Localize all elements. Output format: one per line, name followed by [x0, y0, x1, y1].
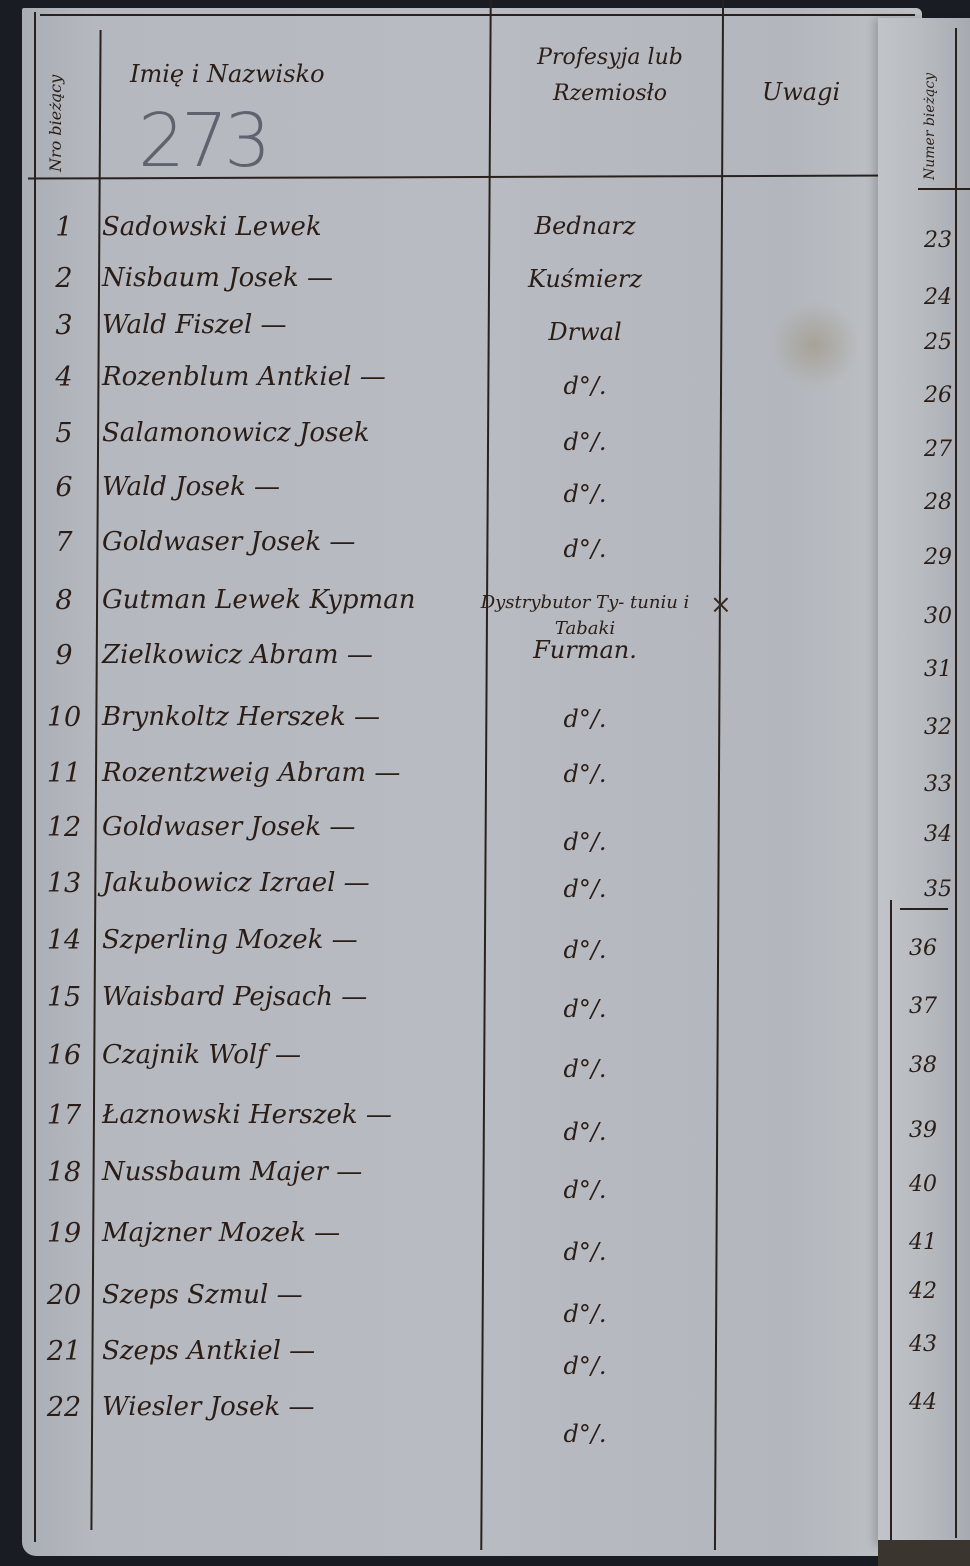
right-page-number: 37 — [895, 994, 951, 1019]
top-rule — [40, 14, 915, 16]
right-page-number: 34 — [910, 822, 966, 847]
row-profession: d°/. — [470, 1300, 700, 1328]
row-name: Szeps Antkiel — — [102, 1336, 315, 1366]
row-number: 19 — [38, 1218, 90, 1249]
left-margin-rule — [34, 12, 36, 1542]
row-number: 9 — [38, 640, 90, 671]
row-profession: d°/. — [470, 372, 700, 400]
right-page-number: 39 — [895, 1118, 951, 1143]
right-page-number: 29 — [910, 545, 966, 570]
row-profession: d°/. — [470, 535, 700, 563]
row-profession: d°/. — [470, 995, 700, 1023]
water-stain — [770, 300, 860, 390]
row-name: Wiesler Josek — — [102, 1392, 315, 1422]
strip-header-rule — [918, 188, 970, 190]
right-page-number: 23 — [910, 228, 966, 253]
row-profession: Bednarz — [470, 212, 700, 240]
row-name: Waisbard Pejsach — — [102, 982, 367, 1012]
row-number: 16 — [38, 1040, 90, 1071]
row-profession: d°/. — [470, 1420, 700, 1448]
row-number: 11 — [38, 758, 90, 789]
header-name: Imię i Nazwisko — [130, 60, 325, 88]
row-name: Wald Josek — — [102, 472, 280, 502]
right-page-number: 32 — [910, 715, 966, 740]
right-page-number: 35 — [910, 877, 966, 902]
row-number: 17 — [38, 1100, 90, 1131]
row-name: Łaznowski Herszek — — [102, 1100, 392, 1130]
row-profession: d°/. — [470, 760, 700, 788]
right-page-number: 27 — [910, 437, 966, 462]
row-name: Wald Fiszel — — [102, 310, 287, 340]
row-profession: Dystrybutor Ty- tuniu i Tabaki — [480, 590, 690, 642]
right-page-number: 33 — [910, 772, 966, 797]
row-profession: d°/. — [470, 480, 700, 508]
row-name: Szperling Mozek — — [102, 925, 358, 955]
row-name: Nussbaum Majer — — [102, 1157, 362, 1187]
right-page-number: 42 — [895, 1279, 951, 1304]
pencil-page-number: 273 — [138, 98, 267, 184]
header-number: Nro bieżący — [46, 75, 65, 172]
row-profession: Drwal — [470, 318, 700, 346]
row-number: 15 — [38, 982, 90, 1013]
row-name: Sadowski Lewek — [102, 212, 322, 242]
row-profession: Kuśmierz — [470, 265, 700, 293]
row-number: 1 — [38, 212, 90, 243]
row-profession: d°/. — [470, 936, 700, 964]
row-number: 20 — [38, 1280, 90, 1311]
header-remarks: Uwagi — [762, 78, 840, 106]
row-profession: d°/. — [470, 875, 700, 903]
right-page-number: 25 — [910, 330, 966, 355]
row-profession: d°/. — [470, 1352, 700, 1380]
right-page-number: 30 — [910, 604, 966, 629]
row-profession: d°/. — [470, 705, 700, 733]
row-profession: d°/. — [470, 828, 700, 856]
right-page-number: 26 — [910, 383, 966, 408]
row-profession: Furman. — [470, 636, 700, 664]
row-number: 18 — [38, 1157, 90, 1188]
strip-section-rule — [900, 908, 948, 910]
row-number: 6 — [38, 472, 90, 503]
row-number: 8 — [38, 585, 90, 616]
row-number: 12 — [38, 812, 90, 843]
row-number: 10 — [38, 702, 90, 733]
right-page-number: 43 — [895, 1332, 951, 1357]
header-right-number: Numer bieżący — [922, 73, 938, 180]
row-profession: d°/. — [470, 428, 700, 456]
row-name: Zielkowicz Abram — — [102, 640, 373, 670]
row-number: 5 — [38, 418, 90, 449]
page-edge-shadow — [878, 1540, 970, 1566]
row-profession: d°/. — [470, 1118, 700, 1146]
row-number: 2 — [38, 263, 90, 294]
row-number: 13 — [38, 868, 90, 899]
header-profession: Profesyja lub Rzemiosło — [510, 40, 710, 112]
right-page-number: 24 — [910, 285, 966, 310]
row-profession: d°/. — [470, 1238, 700, 1266]
row-name: Brynkoltz Herszek — — [102, 702, 380, 732]
row-name: Rozentzweig Abram — — [102, 758, 400, 788]
row-mark: × — [710, 590, 732, 620]
right-page-number: 36 — [895, 936, 951, 961]
row-name: Salamonowicz Josek — [102, 418, 370, 448]
row-number: 3 — [38, 310, 90, 341]
row-number: 14 — [38, 925, 90, 956]
row-name: Nisbaum Josek — — [102, 263, 333, 293]
row-name: Czajnik Wolf — — [102, 1040, 301, 1070]
row-name: Jakubowicz Izrael — — [102, 868, 370, 898]
row-number: 21 — [38, 1336, 90, 1367]
row-name: Gutman Lewek Kypman — [102, 585, 415, 615]
row-name: Majzner Mozek — — [102, 1218, 340, 1248]
row-profession: d°/. — [470, 1176, 700, 1204]
right-page-number: 41 — [895, 1230, 951, 1255]
row-name: Goldwaser Josek — — [102, 527, 355, 557]
strip-inner-rule — [890, 900, 892, 1540]
right-page-number: 38 — [895, 1053, 951, 1078]
row-number: 7 — [38, 527, 90, 558]
right-page-number: 31 — [910, 657, 966, 682]
right-page-number: 44 — [895, 1390, 951, 1415]
right-page-number: 28 — [910, 490, 966, 515]
row-number: 4 — [38, 362, 90, 393]
row-name: Rozenblum Antkiel — — [102, 362, 386, 392]
right-page-number: 40 — [895, 1172, 951, 1197]
row-name: Goldwaser Josek — — [102, 812, 355, 842]
row-name: Szeps Szmul — — [102, 1280, 303, 1310]
row-number: 22 — [38, 1392, 90, 1423]
row-profession: d°/. — [470, 1055, 700, 1083]
